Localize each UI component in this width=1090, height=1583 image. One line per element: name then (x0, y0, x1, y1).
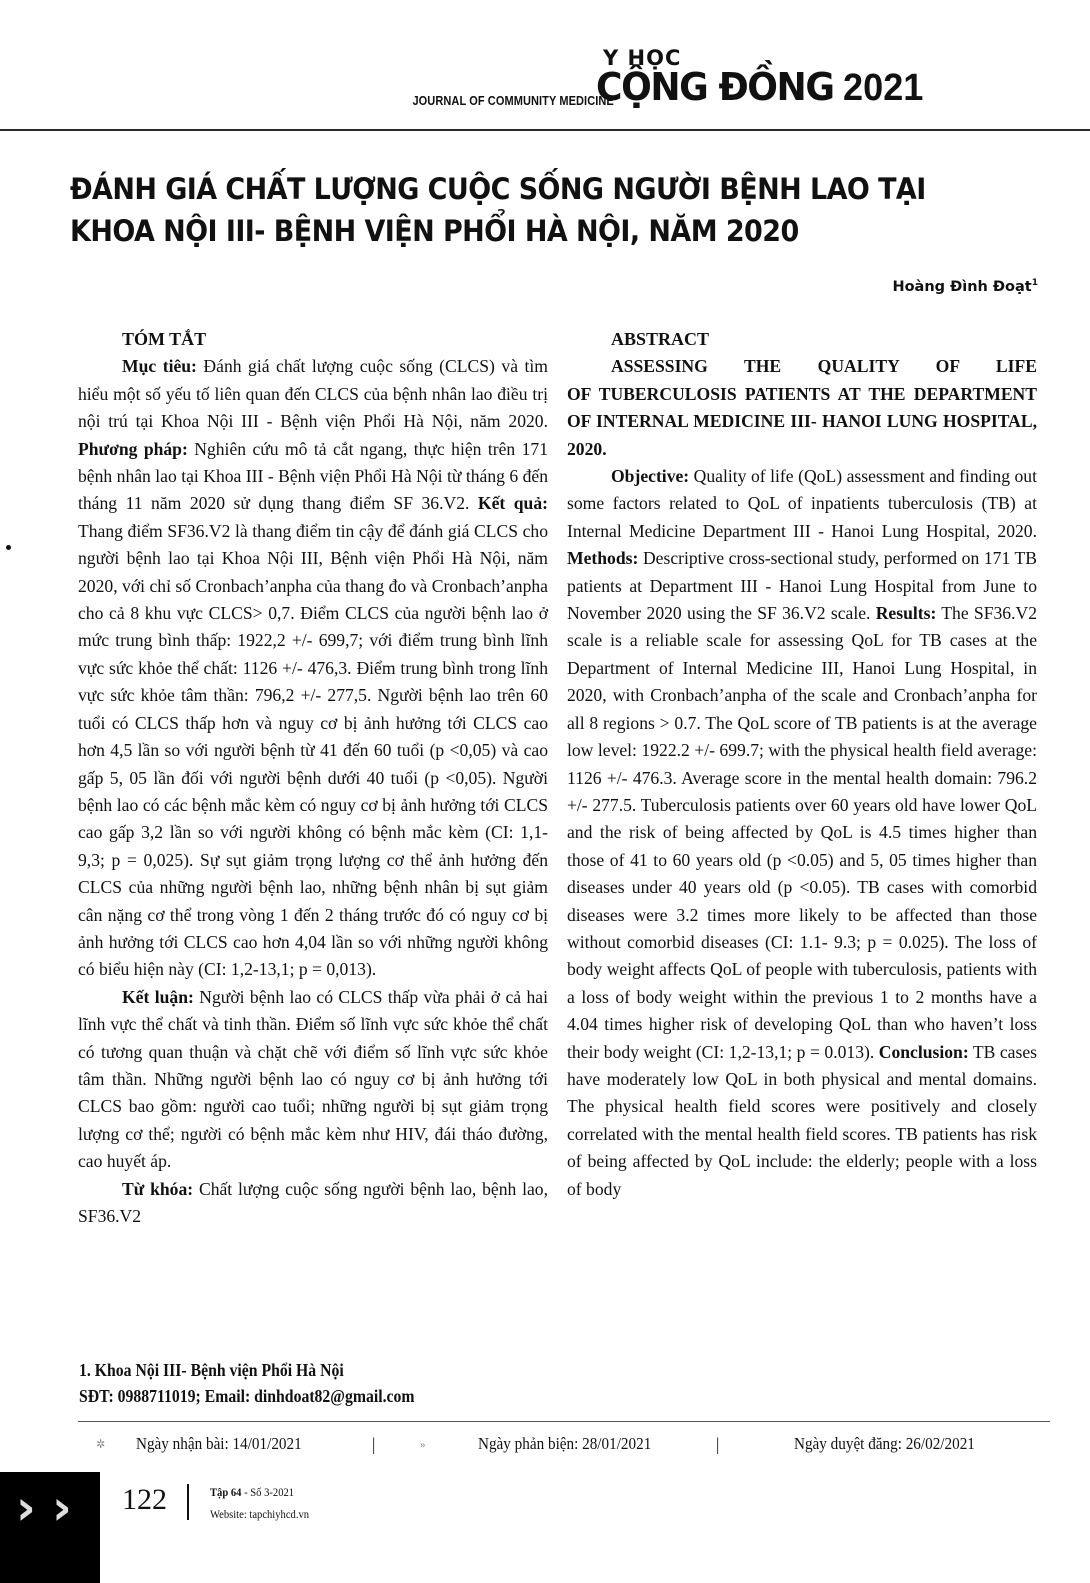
decorative-chevron-icon: » (420, 1437, 426, 1452)
journal-year: 2021 (843, 67, 923, 109)
conclusion-label-en: Conclusion: (879, 1042, 969, 1062)
summary-body: Mục tiêu: Đánh giá chất lượng cuộc sống … (78, 353, 548, 983)
results-label: Kết quả: (478, 493, 548, 513)
footer-divider (78, 1421, 1050, 1422)
issue-text: - Số 3-2021 (241, 1487, 294, 1499)
conclusion-text-en: TB cases have moderately low QoL in both… (567, 1042, 1037, 1199)
date-received: Ngày nhận bài: 14/01/2021 (136, 1434, 302, 1454)
volume-issue: Tập 64 - Số 3-2021 (210, 1482, 309, 1504)
methods-label-en: Methods: (567, 548, 638, 568)
page-number: 122 (122, 1483, 167, 1517)
conclusion-paragraph: Kết luận: Người bệnh lao có CLCS thấp vừ… (78, 984, 548, 1176)
objective-label: Mục tiêu: (122, 356, 197, 376)
summary-heading: TÓM TẮT (78, 326, 548, 353)
abstract-heading: ABSTRACT (567, 326, 1037, 353)
results-label-en: Results: (876, 603, 937, 623)
chevron-right-icon: › (16, 1484, 36, 1532)
journal-english-name: JOURNAL OF COMMUNITY MEDICINE (413, 94, 614, 108)
margin-dot (6, 545, 11, 550)
keywords-label: Từ khóa: (122, 1179, 193, 1199)
article-title: ĐÁNH GIÁ CHẤT LƯỢNG CUỘC SỐNG NGƯỜI BỆNH… (70, 168, 981, 252)
abstract-title: ASSESSING THE QUALITY OF LIFEOF TUBERCUL… (567, 353, 1037, 463)
date-separator: | (716, 1434, 719, 1455)
affiliation-institution: 1. Khoa Nội III- Bệnh viện Phổi Hà Nội (79, 1357, 415, 1383)
methods-label: Phương pháp: (78, 439, 188, 459)
affiliation-contact: SĐT: 0988711019; Email: dinhdoat82@gmail… (79, 1383, 415, 1409)
results-text-en: The SF36.V2 scale is a reliable scale fo… (567, 603, 1037, 1062)
abstract-english: ABSTRACT ASSESSING THE QUALITY OF LIFEOF… (567, 326, 1037, 1203)
article-title-line1: ĐÁNH GIÁ CHẤT LƯỢNG CUỘC SỐNG NGƯỜI BỆNH… (70, 168, 981, 210)
date-separator: | (372, 1434, 375, 1455)
date-reviewed: Ngày phản biện: 28/01/2021 (478, 1434, 651, 1454)
issue-info: Tập 64 - Số 3-2021 Website: tapchiyhcd.v… (210, 1482, 309, 1526)
submission-dates: ✲ Ngày nhận bài: 14/01/2021 | » Ngày phả… (0, 1434, 1090, 1460)
abstract-title-line1: ASSESSING THE QUALITY OF LIFE (567, 353, 1037, 380)
journal-brand-line2: CỘNG ĐỒNG2021 (596, 68, 923, 107)
journal-masthead: JOURNAL OF COMMUNITY MEDICINE Y HỌC CỘNG… (292, 40, 992, 120)
summary-vietnamese: TÓM TẮT Mục tiêu: Đánh giá chất lượng cu… (78, 326, 548, 1230)
author-name: Hoàng Đình Đoạt (892, 279, 1031, 295)
article-title-line2: KHOA NỘI III- BỆNH VIỆN PHỔI HÀ NỘI, NĂM… (70, 210, 981, 252)
page-number-divider (187, 1484, 189, 1520)
website-link[interactable]: Website: tapchiyhcd.vn (210, 1504, 309, 1526)
volume-label: Tập 64 (210, 1487, 241, 1499)
objective-label-en: Objective: (611, 466, 689, 486)
conclusion-text: Người bệnh lao có CLCS thấp vừa phải ở c… (78, 987, 548, 1171)
article-author: Hoàng Đình Đoạt1 (892, 278, 1038, 295)
results-text: Thang điểm SF36.V2 là thang điểm tin cậy… (78, 521, 548, 980)
page-tab: › › (0, 1472, 100, 1583)
author-affiliation: 1. Khoa Nội III- Bệnh viện Phổi Hà Nội S… (79, 1357, 415, 1409)
chevron-right-icon: › (52, 1484, 72, 1532)
date-approved: Ngày duyệt đăng: 26/02/2021 (794, 1434, 975, 1454)
decorative-leaf-icon: ✲ (96, 1437, 105, 1452)
abstract-title-rest: OF TUBERCULOSIS PATIENTS AT THE DEPARTME… (567, 384, 1037, 459)
header-divider (0, 129, 1090, 131)
journal-brand-name: CỘNG ĐỒNG (596, 65, 834, 109)
keywords-paragraph: Từ khóa: Chất lượng cuộc sống người bệnh… (78, 1176, 548, 1231)
abstract-body: Objective: Quality of life (QoL) assessm… (567, 463, 1037, 1203)
conclusion-label: Kết luận: (122, 987, 194, 1007)
author-affiliation-marker: 1 (1032, 278, 1038, 288)
